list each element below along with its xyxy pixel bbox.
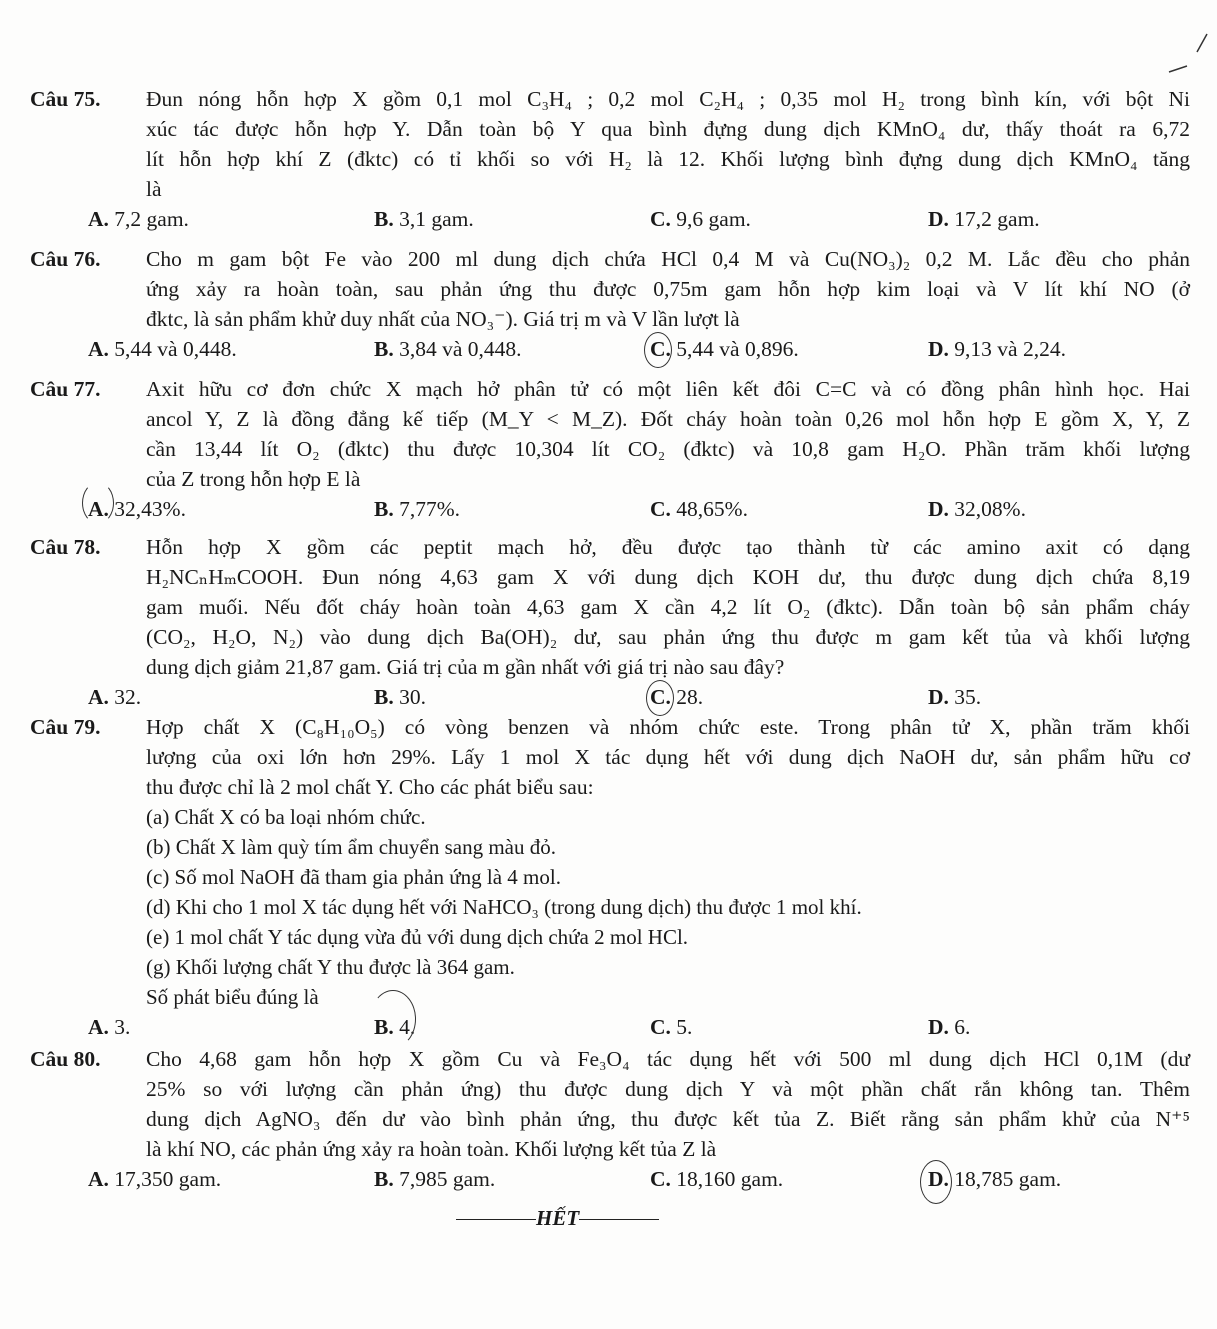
question-79: Câu 79.Hợp chất X (C₈H₁₀O₅) có vòng benz…	[30, 712, 1190, 1042]
question-78: Câu 78.Hỗn hợp X gồm các peptit mạch hở,…	[30, 532, 1190, 712]
option-b[interactable]: B. 7,985 gam.	[374, 1164, 495, 1194]
divider-right	[579, 1219, 659, 1220]
option-d[interactable]: D. 9,13 và 2,24.	[928, 334, 1066, 364]
options: A. 32. B. 30. C. 28. D. 35.	[30, 682, 1190, 712]
question-line: lít hỗn hợp khí Z (đktc) có tỉ khối so v…	[30, 144, 1190, 174]
question-line: xúc tác được hỗn hợp Y. Dẫn toàn bộ Y qu…	[30, 114, 1190, 144]
option-b[interactable]: B. 3,1 gam.	[374, 204, 474, 234]
question-line: lượng của oxi lớn hơn 29%. Lấy 1 mol X t…	[30, 742, 1190, 772]
option-c[interactable]: C. 9,6 gam.	[650, 204, 751, 234]
question-line: thu được chỉ là 2 mol chất Y. Cho các ph…	[30, 772, 1190, 802]
answer-circle-mark	[82, 482, 114, 524]
question-line: dung dịch AgNO₃ đến dư vào bình phản ứng…	[30, 1104, 1190, 1134]
options: A. 32,43%. B. 7,77%. C. 48,65%. D. 32,08…	[30, 494, 1190, 524]
option-a[interactable]: A. 32.	[88, 682, 141, 712]
option-c[interactable]: C. 5.	[650, 1012, 692, 1042]
answer-circle-mark	[644, 332, 672, 368]
pen-mark-icon	[1159, 30, 1209, 90]
statement-a: (a) Chất X có ba loại nhóm chức.	[30, 802, 1190, 832]
divider-left	[456, 1219, 536, 1220]
question-line: của Z trong hỗn hợp E là	[30, 464, 1190, 494]
question-label: Câu 77.	[30, 374, 100, 404]
option-a[interactable]: A. 7,2 gam.	[88, 204, 189, 234]
question-label: Câu 76.	[30, 244, 100, 274]
option-d[interactable]: D. 17,2 gam.	[928, 204, 1040, 234]
options: A. 7,2 gam. B. 3,1 gam. C. 9,6 gam. D. 1…	[30, 204, 1190, 234]
question-line: Đun nóng hỗn hợp X gồm 0,1 mol C₃H₄ ; 0,…	[30, 84, 1190, 114]
question-line: Cho m gam bột Fe vào 200 ml dung dịch ch…	[30, 244, 1190, 274]
question-line: 25% so với lượng cần phản ứng) thu được …	[30, 1074, 1190, 1104]
question-80: Câu 80.Cho 4,68 gam hỗn hợp X gồm Cu và …	[30, 1044, 1190, 1194]
end-marker: HẾT	[456, 1206, 659, 1231]
option-b[interactable]: B. 7,77%.	[374, 494, 460, 524]
question-line: Hợp chất X (C₈H₁₀O₅) có vòng benzen và n…	[30, 712, 1190, 742]
options: A. 5,44 và 0,448. B. 3,84 và 0,448. C. 5…	[30, 334, 1190, 364]
question-line: là khí NO, các phản ứng xảy ra hoàn toàn…	[30, 1134, 1190, 1164]
question-line: gam muối. Nếu đốt cháy hoàn toàn 4,63 ga…	[30, 592, 1190, 622]
answer-circle-mark	[920, 1160, 952, 1204]
question-label: Câu 78.	[30, 532, 100, 562]
question-line: đktc, là sản phẩm khử duy nhất của NO₃⁻)…	[30, 304, 1190, 334]
statement-d: (d) Khi cho 1 mol X tác dụng hết với NaH…	[30, 892, 1190, 922]
options: A. 17,350 gam. B. 7,985 gam. C. 18,160 g…	[30, 1164, 1190, 1194]
option-d[interactable]: D. 35.	[928, 682, 981, 712]
option-a[interactable]: A. 17,350 gam.	[88, 1164, 221, 1194]
question-line: ứng xảy ra hoàn toàn, sau phản ứng thu đ…	[30, 274, 1190, 304]
question-line: Axit hữu cơ đơn chức X mạch hở phân tử c…	[30, 374, 1190, 404]
question-75: Câu 75.Đun nóng hỗn hợp X gồm 0,1 mol C₃…	[30, 84, 1190, 234]
question-76: Câu 76.Cho m gam bột Fe vào 200 ml dung …	[30, 244, 1190, 364]
question-line: Cho 4,68 gam hỗn hợp X gồm Cu và Fe₃O₄ t…	[30, 1044, 1190, 1074]
statement-e: (e) 1 mol chất Y tác dụng vừa đủ với dun…	[30, 922, 1190, 952]
options: A. 3. B. 4. C. 5. D. 6.	[30, 1012, 1190, 1042]
option-d[interactable]: D. 32,08%.	[928, 494, 1026, 524]
statement-g: (g) Khối lượng chất Y thu được là 364 ga…	[30, 952, 1190, 982]
question-line: H₂NCₙHₘCOOH. Đun nóng 4,63 gam X với dun…	[30, 562, 1190, 592]
question-77: Câu 77.Axit hữu cơ đơn chức X mạch hở ph…	[30, 374, 1190, 524]
question-label: Câu 79.	[30, 712, 100, 742]
statement-b: (b) Chất X làm quỳ tím ẩm chuyển sang mà…	[30, 832, 1190, 862]
exam-page: Câu 75.Đun nóng hỗn hợp X gồm 0,1 mol C₃…	[0, 0, 1217, 1329]
question-line: dung dịch giảm 21,87 gam. Giá trị của m …	[30, 652, 1190, 682]
option-c[interactable]: C. 5,44 và 0,896.	[650, 334, 799, 364]
option-a[interactable]: A. 3.	[88, 1012, 130, 1042]
question-line: Hỗn hợp X gồm các peptit mạch hở, đều đư…	[30, 532, 1190, 562]
question-line: cần 13,44 lít O₂ (đktc) thu được 10,304 …	[30, 434, 1190, 464]
option-c[interactable]: C. 18,160 gam.	[650, 1164, 783, 1194]
option-d[interactable]: D. 6.	[928, 1012, 970, 1042]
question-line: (CO₂, H₂O, N₂) vào dung dịch Ba(OH)₂ dư,…	[30, 622, 1190, 652]
answer-circle-mark	[646, 680, 674, 716]
question-label: Câu 80.	[30, 1044, 100, 1074]
question-label: Câu 75.	[30, 84, 100, 114]
question-line: là	[30, 174, 1190, 204]
option-b[interactable]: B. 30.	[374, 682, 426, 712]
option-c[interactable]: C. 48,65%.	[650, 494, 748, 524]
option-b[interactable]: B. 3,84 và 0,448.	[374, 334, 522, 364]
question-line: ancol Y, Z là đồng đẳng kế tiếp (M_Y < M…	[30, 404, 1190, 434]
end-label: HẾT	[536, 1206, 579, 1230]
statement-prompt: Số phát biểu đúng là	[30, 982, 1190, 1012]
statement-c: (c) Số mol NaOH đã tham gia phản ứng là …	[30, 862, 1190, 892]
answer-circle-mark	[370, 990, 416, 1048]
option-a[interactable]: A. 5,44 và 0,448.	[88, 334, 237, 364]
